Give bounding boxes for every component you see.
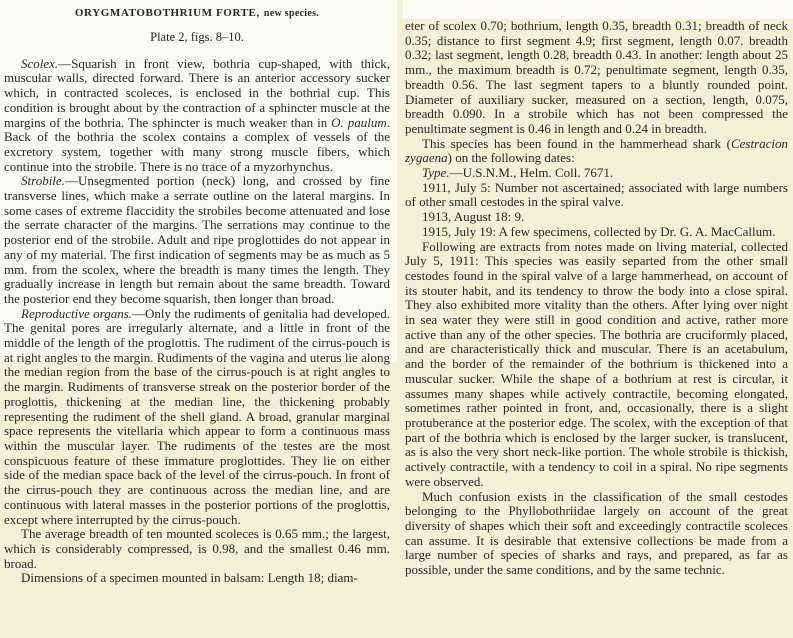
species-name: ORYGMATOBOTHRIUM FORTE,	[75, 7, 260, 19]
paragraph: eter of scolex 0.70; bothrium, length 0.…	[405, 19, 788, 137]
species-heading: ORYGMATOBOTHRIUM FORTE,new species.	[4, 0, 390, 20]
paragraph: This species has been found in the hamme…	[405, 137, 788, 166]
paragraph: Dimensions of a specimen mounted in bals…	[4, 571, 390, 586]
left-column: ORYGMATOBOTHRIUM FORTE,new species. Plat…	[0, 0, 397, 638]
paragraph: 1911, July 5: Number not ascertained; as…	[405, 181, 788, 210]
paragraph: The average breadth of ten mounted scole…	[4, 527, 390, 571]
scan-seam	[403, 0, 793, 19]
paragraph: 1915, July 19: A few specimens, collecte…	[405, 225, 788, 240]
paragraph: Scolex.—Squarish in front view, bothria …	[4, 57, 390, 175]
paragraph: Type.—U.S.N.M., Helm. Coll. 7671.	[405, 166, 788, 181]
paragraph: Strobile.—Unsegmented portion (neck) lon…	[4, 174, 390, 306]
paragraph: 1913, August 18: 9.	[405, 210, 788, 225]
paragraph: Following are extracts from notes made o…	[405, 240, 788, 490]
paragraph: Reproductive organs.—Only the rudiments …	[4, 307, 390, 528]
right-column-paragraphs: eter of scolex 0.70; bothrium, length 0.…	[405, 19, 788, 578]
species-heading-qualifier: new species.	[264, 8, 319, 19]
right-column: eter of scolex 0.70; bothrium, length 0.…	[397, 0, 793, 638]
paragraph: Much confusion exists in the classificat…	[405, 490, 788, 578]
left-column-paragraphs: Scolex.—Squarish in front view, bothria …	[4, 57, 390, 586]
plate-caption: Plate 2, figs. 8–10.	[4, 30, 390, 45]
document-page: ORYGMATOBOTHRIUM FORTE,new species. Plat…	[0, 0, 793, 638]
